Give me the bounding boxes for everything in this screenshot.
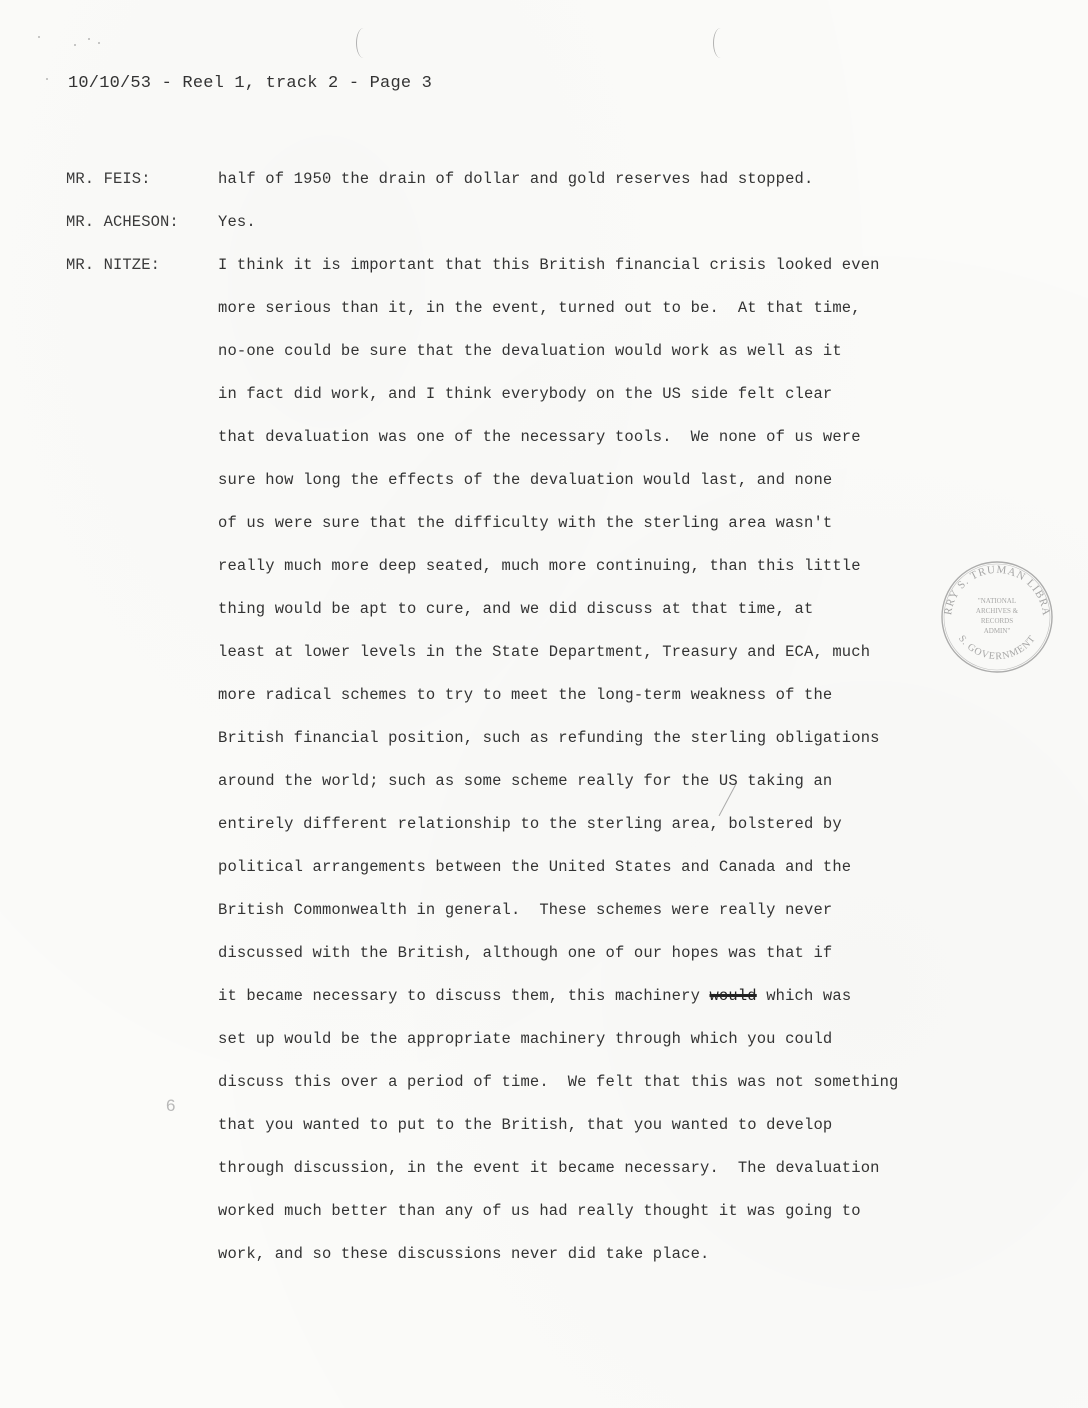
speech-text: Yes. bbox=[218, 201, 1006, 244]
speech-line-text: which was bbox=[757, 987, 852, 1005]
speech-line: Yes. bbox=[218, 201, 1006, 244]
speech-line: least at lower levels in the State Depar… bbox=[218, 631, 1006, 674]
speech-line: really much more deep seated, much more … bbox=[218, 545, 1006, 588]
speech-line: discuss this over a period of time. We f… bbox=[218, 1061, 1006, 1104]
stamp-outer-text-bottom: S. GOVERNMENT bbox=[956, 633, 1038, 662]
speech-text: half of 1950 the drain of dollar and gol… bbox=[218, 158, 1006, 201]
speech-line: through discussion, in the event it beca… bbox=[218, 1147, 1006, 1190]
stamp-inner-line: RECORDS bbox=[981, 617, 1013, 625]
struck-out-word: would bbox=[709, 987, 756, 1005]
speech-text: I think it is important that this Britis… bbox=[218, 244, 1006, 1276]
transcript-entry-nitze: MR. NITZE: I think it is important that … bbox=[66, 244, 1006, 1276]
transcript: MR. FEIS: half of 1950 the drain of doll… bbox=[66, 158, 1006, 1276]
punch-hole-mark-right bbox=[713, 28, 728, 58]
svg-text:S. GOVERNMENT: S. GOVERNMENT bbox=[956, 633, 1038, 662]
speaker-name: MR. NITZE: bbox=[66, 244, 218, 287]
speech-line: British financial position, such as refu… bbox=[218, 717, 1006, 760]
speaker-name: MR. ACHESON: bbox=[66, 201, 218, 244]
speech-line: entirely different relationship to the s… bbox=[218, 803, 1006, 846]
speech-line: discussed with the British, although one… bbox=[218, 932, 1006, 975]
speech-line: around the world; such as some scheme re… bbox=[218, 760, 1006, 803]
speech-line: I think it is important that this Britis… bbox=[218, 244, 1006, 287]
truman-library-stamp: HARRY S. TRUMAN LIBRARY S. GOVERNMENT "N… bbox=[937, 557, 1057, 677]
speech-line: more serious than it, in the event, turn… bbox=[218, 287, 1006, 330]
speech-line: sure how long the effects of the devalua… bbox=[218, 459, 1006, 502]
speech-line: half of 1950 the drain of dollar and gol… bbox=[218, 158, 1006, 201]
speech-line: that you wanted to put to the British, t… bbox=[218, 1104, 1006, 1147]
speech-line: thing would be apt to cure, and we did d… bbox=[218, 588, 1006, 631]
transcript-entry-feis: MR. FEIS: half of 1950 the drain of doll… bbox=[66, 158, 1006, 201]
speaker-name: MR. FEIS: bbox=[66, 158, 218, 201]
stamp-inner-line: ADMIN" bbox=[984, 627, 1011, 635]
stamp-inner-line: ARCHIVES & bbox=[976, 607, 1019, 615]
stamp-inner-line: "NATIONAL bbox=[978, 597, 1016, 605]
punch-hole-mark-left bbox=[356, 28, 371, 58]
margin-pencil-mark: 6 bbox=[166, 1096, 175, 1116]
speech-line: of us were sure that the difficulty with… bbox=[218, 502, 1006, 545]
speech-line: set up would be the appropriate machiner… bbox=[218, 1018, 1006, 1061]
speech-line: more radical schemes to try to meet the … bbox=[218, 674, 1006, 717]
speech-line: in fact did work, and I think everybody … bbox=[218, 373, 1006, 416]
speech-line: work, and so these discussions never did… bbox=[218, 1233, 1006, 1276]
speech-line-text: it became necessary to discuss them, thi… bbox=[218, 987, 709, 1005]
transcript-entry-acheson: MR. ACHESON: Yes. bbox=[66, 201, 1006, 244]
speech-line: political arrangements between the Unite… bbox=[218, 846, 1006, 889]
page-header: 10/10/53 - Reel 1, track 2 - Page 3 bbox=[68, 74, 432, 93]
speech-line: that devaluation was one of the necessar… bbox=[218, 416, 1006, 459]
speech-line: British Commonwealth in general. These s… bbox=[218, 889, 1006, 932]
speech-line: no-one could be sure that the devaluatio… bbox=[218, 330, 1006, 373]
speech-line: worked much better than any of us had re… bbox=[218, 1190, 1006, 1233]
speech-line: it became necessary to discuss them, thi… bbox=[218, 975, 1006, 1018]
scanned-page: 10/10/53 - Reel 1, track 2 - Page 3 MR. … bbox=[0, 0, 1088, 1408]
